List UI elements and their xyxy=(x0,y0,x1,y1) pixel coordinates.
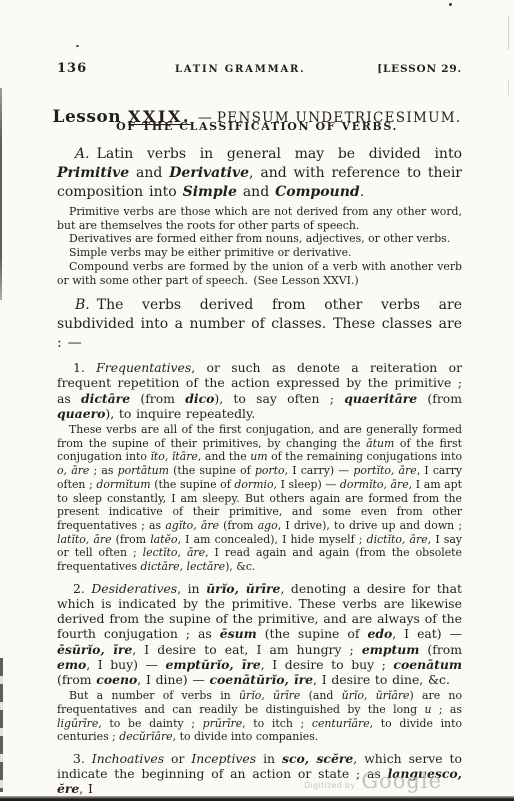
paragraph: 2. Desideratives, in ŭrĭo, ŭrīre, denoti… xyxy=(57,581,462,687)
body-text: A. Latin verbs in general may be divided… xyxy=(57,136,462,799)
scan-edge-line xyxy=(508,16,509,50)
google-logo: Google xyxy=(361,769,442,793)
paragraph: But a number of verbs in ūrĭo, ūrīre (an… xyxy=(57,689,462,744)
book-page-scan: 136 LATIN GRAMMAR. [LESSON 29. LessonXXI… xyxy=(0,0,514,801)
paragraph: A. Latin verbs in general may be divided… xyxy=(57,145,462,202)
paragraph: Derivatives are formed either from nouns… xyxy=(57,232,462,246)
section-subtitle: OF THE CLASSIFICATION OF VERBS. xyxy=(0,120,514,133)
paragraph: Primitive verbs are those which are not … xyxy=(57,205,462,232)
paragraph: Compound verbs are formed by the union o… xyxy=(57,260,462,287)
lesson-reference: [LESSON 29. xyxy=(377,63,462,75)
watermark-prefix: Digitized by xyxy=(304,781,355,790)
running-head: 136 LATIN GRAMMAR. [LESSON 29. xyxy=(57,61,462,76)
digitized-watermark: Digitized by Google xyxy=(304,769,442,793)
scan-edge-line xyxy=(0,658,3,792)
scan-speck xyxy=(76,45,79,47)
running-title: LATIN GRAMMAR. xyxy=(175,64,305,75)
scan-speck xyxy=(449,3,452,6)
paragraph: Simple verbs may be either primitive or … xyxy=(57,246,462,260)
paragraph: B. The verbs derived from other verbs ar… xyxy=(57,296,462,353)
paragraph: These verbs are all of the first conjuga… xyxy=(57,423,462,574)
page-number: 136 xyxy=(57,61,87,76)
paragraph: 1. Frequentatives, or such as denote a r… xyxy=(57,360,462,421)
